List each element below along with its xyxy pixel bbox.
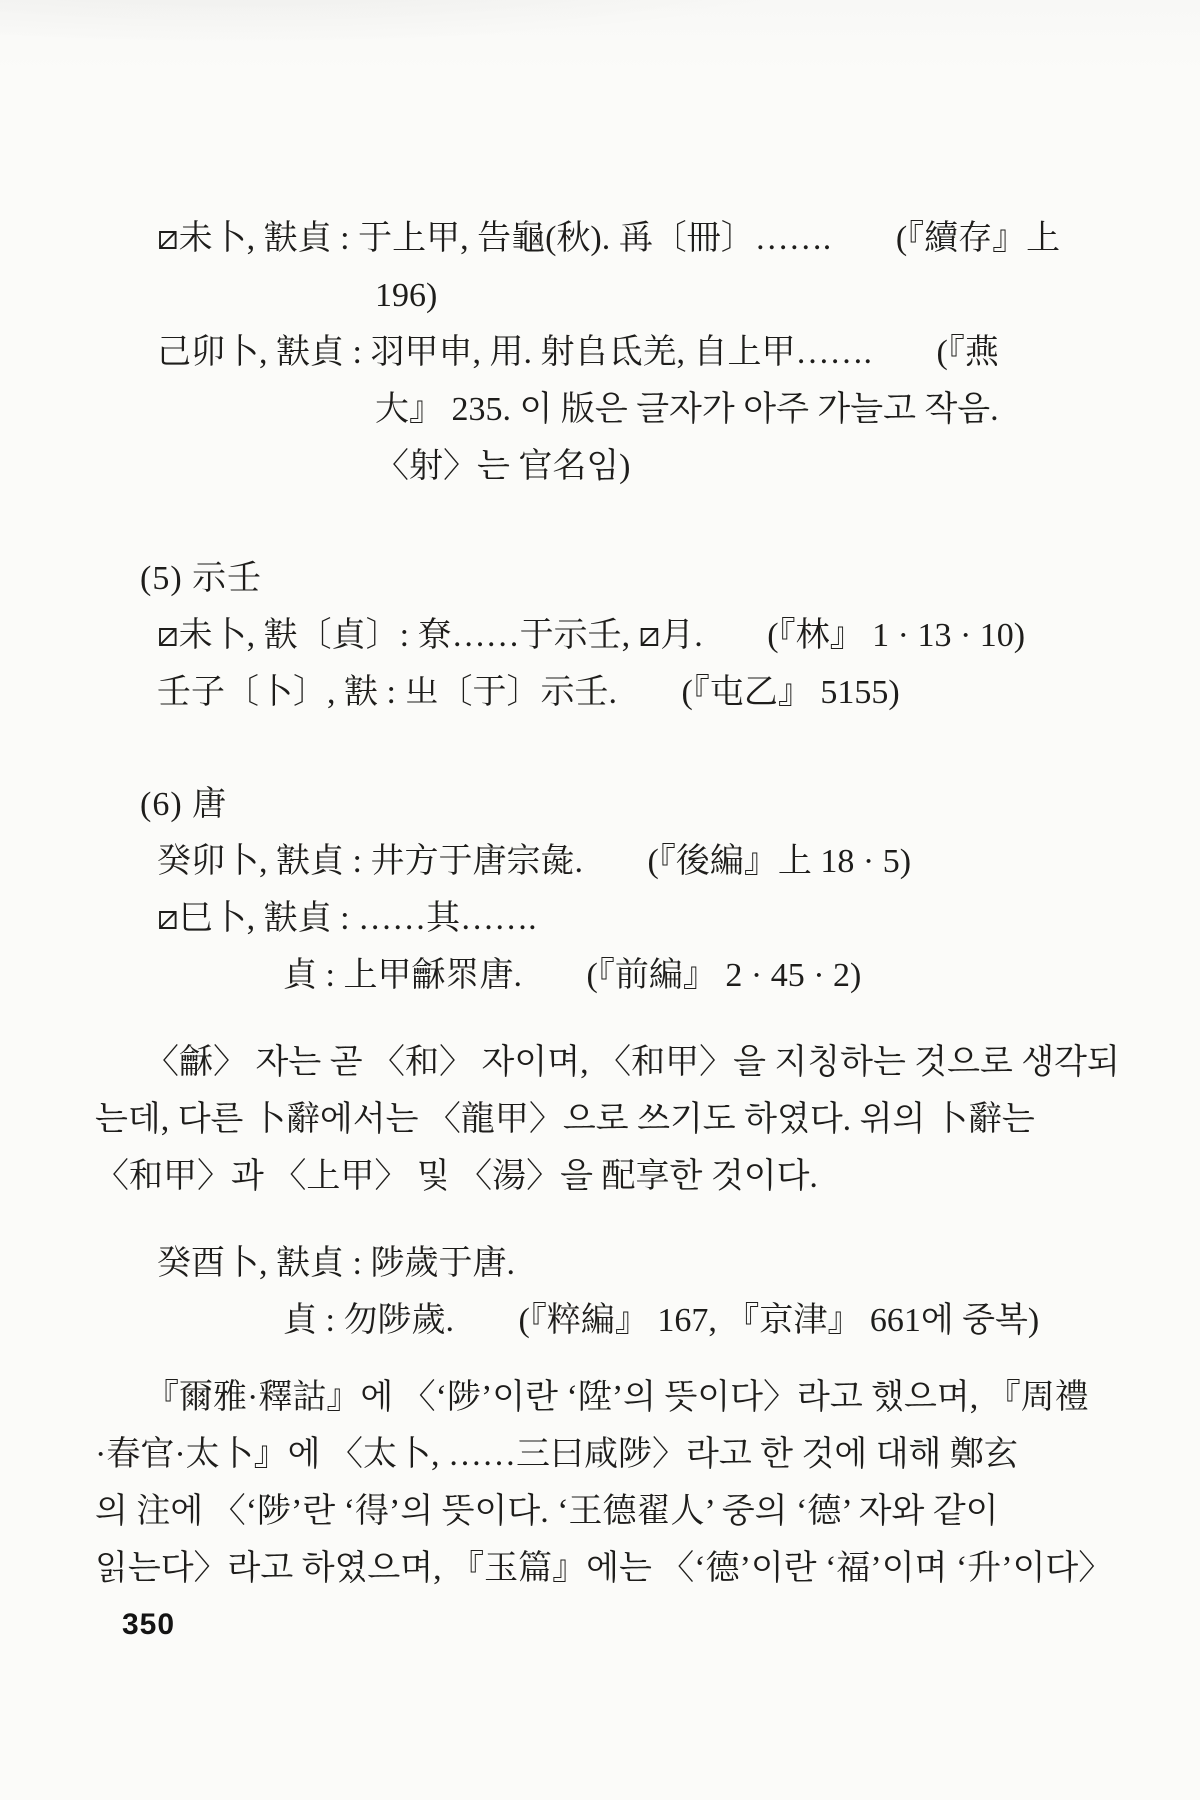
section-6-heading: (6) 唐 xyxy=(95,776,1150,833)
line-text: 癸卯卜, 㝬貞 : 井方于唐宗彘. xyxy=(157,843,583,880)
paragraph-line: 는데, 다른 卜辭에서는 〈龍甲〉으로 쓰기도 하였다. 위의 卜辭는 xyxy=(95,1091,1150,1148)
citation-text: (『前編』 2 · 45 · 2) xyxy=(587,957,862,994)
inscription-continuation-line: 大』 235. 이 版은 글자가 아주 가늘고 작음. xyxy=(375,381,1150,438)
line-text: 196) xyxy=(375,277,437,314)
citation-text: (『林』 1 · 13 · 10) xyxy=(767,617,1025,654)
inscription-line: 壬子〔卜〕, 㝬 : 㞢〔于〕示壬.(『屯乙』 5155) xyxy=(157,664,1150,721)
inscription-hang-line: 貞 : 上甲龢眔唐.(『前編』 2 · 45 · 2) xyxy=(283,947,1150,1004)
line-text: 貞 : 勿陟歲. xyxy=(283,1302,454,1339)
paragraph-line: ·春官·太卜』에 〈太卜, ……三曰咸陟〉라고 한 것에 대해 鄭玄 xyxy=(95,1426,1150,1483)
section-5-heading: (5) 示壬 xyxy=(95,550,1150,607)
section-heading: (5) 示壬 xyxy=(140,550,1150,607)
inscription-line: 己卯卜, 㝬貞 : 羽甲申, 用. 射𠂤氐羌, 自上甲…….(『燕 xyxy=(157,324,1150,381)
commentary-paragraph-2: 『爾雅·釋詁』에 〈‘陟’이란 ‘陞’의 뜻이다〉라고 했으며, 『周禮·春官·… xyxy=(95,1369,1150,1597)
oracle-entries-upper: ⧄未卜, 㝬貞 : 于上甲, 告龜(秋). 爯〔冊〕…….(『續存』上196)己… xyxy=(95,210,1150,495)
book-page: ⧄未卜, 㝬貞 : 于上甲, 告龜(秋). 爯〔冊〕…….(『續存』上196)己… xyxy=(0,0,1200,1800)
citation-text: (『屯乙』 5155) xyxy=(682,674,900,711)
line-text: 〈和甲〉과 〈上甲〉 및 〈湯〉을 配享한 것이다. xyxy=(95,1158,818,1195)
paragraph-line: 읽는다〉라고 하였으며, 『玉篇』에는 〈‘德’이란 ‘福’이며 ‘升’이다〉 xyxy=(95,1540,1150,1597)
paragraph-line: 〈龢〉 자는 곧 〈和〉 자이며, 〈和甲〉을 지칭하는 것으로 생각되 xyxy=(145,1034,1150,1091)
page-number: 350 xyxy=(122,1608,175,1642)
line-text: (6) 唐 xyxy=(140,786,227,823)
citation-text: (『燕 xyxy=(937,334,999,371)
line-text: 〈龢〉 자는 곧 〈和〉 자이며, 〈和甲〉을 지칭하는 것으로 생각되 xyxy=(145,1044,1120,1081)
inscription-line: ⧄未卜, 㝬〔貞〕: 尞……于示壬, ⧄月.(『林』 1 · 13 · 10) xyxy=(157,607,1150,664)
section-6-entries: 癸卯卜, 㝬貞 : 井方于唐宗彘.(『後編』上 18 · 5)⧄巳卜, 㝬貞 :… xyxy=(95,833,1150,1004)
line-text: 〈射〉는 官名임) xyxy=(375,448,631,485)
section-5-entries: ⧄未卜, 㝬〔貞〕: 尞……于示壬, ⧄月.(『林』 1 · 13 · 10)壬… xyxy=(95,607,1150,721)
line-text: ⧄未卜, 㝬〔貞〕: 尞……于示壬, ⧄月. xyxy=(157,617,703,654)
line-text: ⧄未卜, 㝬貞 : 于上甲, 告龜(秋). 爯〔冊〕……. xyxy=(157,220,831,257)
inscription-hang-line: 貞 : 勿陟歲.(『粹編』 167, 『京津』 661에 중복) xyxy=(283,1292,1150,1349)
line-text: 는데, 다른 卜辭에서는 〈龍甲〉으로 쓰기도 하였다. 위의 卜辭는 xyxy=(95,1101,1035,1138)
line-text: ⧄巳卜, 㝬貞 : ……其……. xyxy=(157,900,537,937)
inscription-line: 癸酉卜, 㝬貞 : 陟歲于唐. xyxy=(157,1235,1150,1292)
line-text: 『爾雅·釋詁』에 〈‘陟’이란 ‘陞’의 뜻이다〉라고 했으며, 『周禮 xyxy=(145,1379,1089,1416)
line-text: ·春官·太卜』에 〈太卜, ……三曰咸陟〉라고 한 것에 대해 鄭玄 xyxy=(95,1436,1018,1473)
line-text: (5) 示壬 xyxy=(140,560,262,597)
oracle-entries-tang: 癸酉卜, 㝬貞 : 陟歲于唐.貞 : 勿陟歲.(『粹編』 167, 『京津』 6… xyxy=(95,1235,1150,1349)
inscription-continuation-line: 〈射〉는 官名임) xyxy=(375,438,1150,495)
line-text: 壬子〔卜〕, 㝬 : 㞢〔于〕示壬. xyxy=(157,674,617,711)
line-text: 己卯卜, 㝬貞 : 羽甲申, 用. 射𠂤氐羌, 自上甲……. xyxy=(157,334,872,371)
line-text: 大』 235. 이 版은 글자가 아주 가늘고 작음. xyxy=(375,391,999,428)
inscription-continuation-line: 196) xyxy=(375,267,1150,324)
commentary-paragraph-1: 〈龢〉 자는 곧 〈和〉 자이며, 〈和甲〉을 지칭하는 것으로 생각되는데, … xyxy=(95,1034,1150,1205)
paragraph-line: 의 注에 〈‘陟’란 ‘得’의 뜻이다. ‘王德翟人’ 중의 ‘德’ 자와 같이 xyxy=(95,1483,1150,1540)
paragraph-line: 『爾雅·釋詁』에 〈‘陟’이란 ‘陞’의 뜻이다〉라고 했으며, 『周禮 xyxy=(145,1369,1150,1426)
citation-text: (『粹編』 167, 『京津』 661에 중복) xyxy=(519,1302,1040,1339)
page-content: ⧄未卜, 㝬貞 : 于上甲, 告龜(秋). 爯〔冊〕…….(『續存』上196)己… xyxy=(95,210,1150,1597)
line-text: 읽는다〉라고 하였으며, 『玉篇』에는 〈‘德’이란 ‘福’이며 ‘升’이다〉 xyxy=(95,1550,1112,1587)
line-text: 貞 : 上甲龢眔唐. xyxy=(283,957,522,994)
line-text: 癸酉卜, 㝬貞 : 陟歲于唐. xyxy=(157,1245,515,1282)
inscription-line: ⧄巳卜, 㝬貞 : ……其……. xyxy=(157,890,1150,947)
line-text: 의 注에 〈‘陟’란 ‘得’의 뜻이다. ‘王德翟人’ 중의 ‘德’ 자와 같이 xyxy=(95,1493,999,1530)
inscription-line: 癸卯卜, 㝬貞 : 井方于唐宗彘.(『後編』上 18 · 5) xyxy=(157,833,1150,890)
section-heading: (6) 唐 xyxy=(140,776,1150,833)
inscription-line: ⧄未卜, 㝬貞 : 于上甲, 告龜(秋). 爯〔冊〕…….(『續存』上 xyxy=(157,210,1150,267)
citation-text: (『後編』上 18 · 5) xyxy=(648,843,911,880)
paragraph-line: 〈和甲〉과 〈上甲〉 및 〈湯〉을 配享한 것이다. xyxy=(95,1148,1150,1205)
citation-text: (『續存』上 xyxy=(896,220,1060,257)
